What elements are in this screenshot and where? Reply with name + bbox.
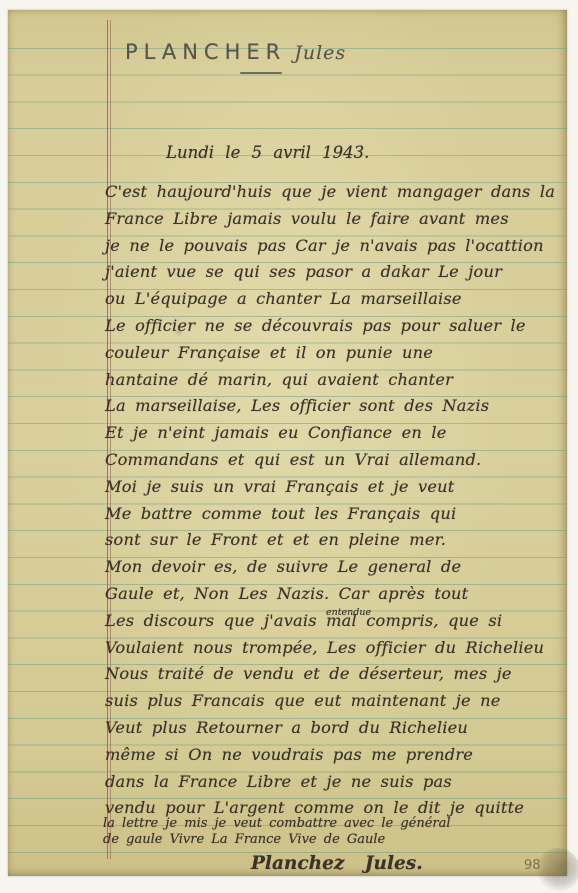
letter-line: Et je n'eint jamais eu Confiance en le <box>105 420 575 447</box>
letter-line: Le officier ne se découvrais pas pour sa… <box>105 313 575 340</box>
signature: Planchez Jules. <box>251 853 423 874</box>
ink-smudge <box>536 848 578 892</box>
date-line: Lundi le 5 avril 1943. <box>166 143 369 162</box>
letter-line: Nous traité de vendu et de déserteur, me… <box>105 661 575 688</box>
letter-line: je ne le pouvais pas Car je n'avais pas … <box>105 233 575 260</box>
letter-line: Moi je suis un vrai Français et je veut <box>105 474 575 501</box>
header-author-name: PLANCHERJules <box>125 40 346 64</box>
letter-line: Voulaient nous trompée, Les officier du … <box>105 635 575 662</box>
letter-line: Gaule et, Non Les Nazis. Car après tout <box>105 581 575 608</box>
letter-line: ou L'équipage a chanter La marseillaise <box>105 286 575 313</box>
cramped-line: la lettre je mis je veut combattre avec … <box>103 816 573 832</box>
cramped-line: de gaule Vivre La France Vive de Gaule <box>103 832 573 848</box>
letter-line: France Libre jamais voulu le faire avant… <box>105 206 575 233</box>
letter-line: sont sur le Front et et en pleine mer. <box>105 527 575 554</box>
letter-line: couleur Française et il on punie une <box>105 340 575 367</box>
letter-line: Veut plus Retourner a bord du Richelieu <box>105 715 575 742</box>
header-surname: PLANCHER <box>125 40 286 64</box>
letter-line: j'aient vue se qui ses pasor a dakar Le … <box>105 259 575 286</box>
letter-line: même si On ne voudrais pas me prendre <box>105 742 575 769</box>
letter-line: La marseillaise, Les officier sont des N… <box>105 393 575 420</box>
interline-insertion: entendue <box>326 607 371 618</box>
header-first-name: Jules <box>294 42 346 64</box>
document-scan: PLANCHERJules Lundi le 5 avril 1943. C'e… <box>0 0 578 893</box>
letter-line: C'est haujourd'huis que je vient mangage… <box>105 179 575 206</box>
letter-body: C'est haujourd'huis que je vient mangage… <box>105 179 575 822</box>
letter-line: Me battre comme tout les Français qui <box>105 501 575 528</box>
letter-paper: PLANCHERJules Lundi le 5 avril 1943. C'e… <box>8 10 567 876</box>
letter-line: hantaine dé marin, qui avaient chanter <box>105 367 575 394</box>
letter-line: Mon devoir es, de suivre Le general de <box>105 554 575 581</box>
letter-line: dans la France Libre et je ne suis pas <box>105 769 575 796</box>
letter-line: Commandans et qui est un Vrai allemand. <box>105 447 575 474</box>
paper-speck <box>174 328 184 336</box>
letter-line: suis plus Francais que eut maintenant je… <box>105 688 575 715</box>
header-underline <box>240 72 282 74</box>
